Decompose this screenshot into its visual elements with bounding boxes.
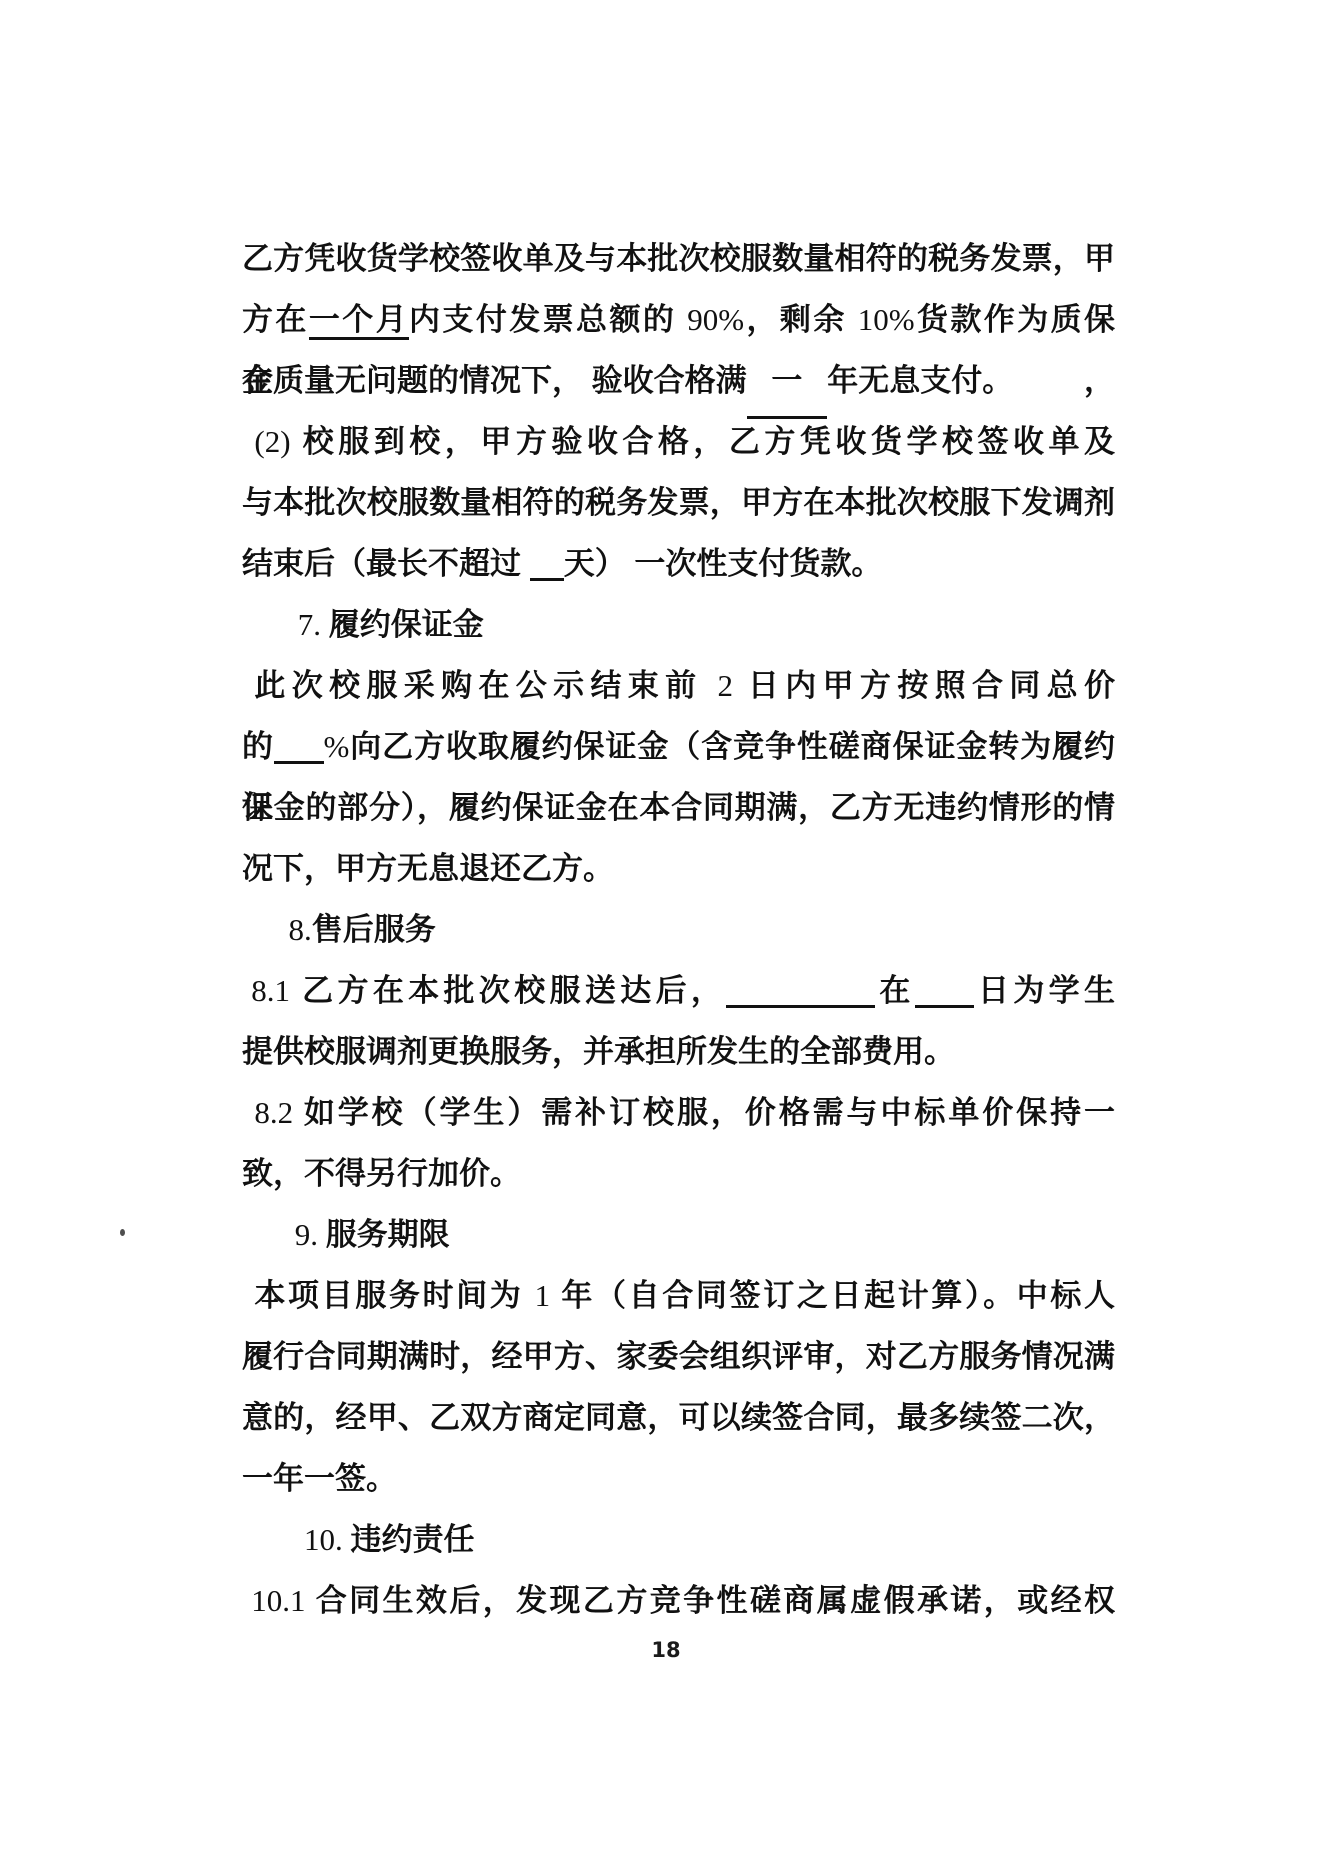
text-segment: 年（自合同签订之日起计算）。中标人 <box>550 1278 1115 1313</box>
text-segment: 合同生效后，发现乙方竞争性磋商属虚假承诺，或经权 <box>316 1583 1115 1618</box>
text-segment: 日内甲方按照合同总价 <box>733 668 1115 703</box>
text-segment: 内支付发票总额的 <box>409 302 687 337</box>
text-segment: 在 <box>875 973 915 1008</box>
text-segment: 履行合同期满时，经甲方、家委会组织评审，对乙方服务情况满 <box>242 1339 1115 1374</box>
text-segment: 履约保证金 <box>329 607 484 642</box>
text-line: 致，不得另行加价。 <box>242 1143 1115 1204</box>
text-segment: 售后服务 <box>312 912 436 947</box>
number-text: 10% <box>858 302 915 337</box>
text-segment: 如学校（学生）需补订校服，价格需与中标单价保持一 <box>304 1095 1115 1130</box>
text-segment: 违约责任 <box>351 1522 475 1557</box>
blank-underline <box>274 744 324 764</box>
text-line: 方在一个月内支付发票总额的 90%，剩余 10%货款作为质保金， <box>242 289 1115 350</box>
page-number: 18 <box>596 1638 736 1662</box>
text-line: 10. 违约责任 <box>242 1509 1115 1570</box>
text-line: 10.1 合同生效后，发现乙方竞争性磋商属虚假承诺，或经权 <box>242 1570 1115 1631</box>
text-line: 履行合同期满时，经甲方、家委会组织评审，对乙方服务情况满 <box>242 1326 1115 1387</box>
number-text: 7. <box>298 607 329 642</box>
number-text: 8. <box>289 912 312 947</box>
text-line: 在质量无问题的情况下， 验收合格满一年无息支付。 <box>242 350 1115 411</box>
text-segment: 在质量无问题的情况下， 验收合格满 <box>242 363 747 398</box>
text-line: 意的，经甲、乙双方商定同意，可以续签合同，最多续签二次， <box>242 1387 1115 1448</box>
number-text: 2 <box>717 668 733 703</box>
text-line: 的%向乙方收取履约保证金（含竞争性磋商保证金转为履约保 <box>242 716 1115 777</box>
text-segment: 致，不得另行加价。 <box>242 1156 521 1191</box>
text-line: 8.2 如学校（学生）需补订校服，价格需与中标单价保持一 <box>242 1082 1115 1143</box>
text-segment: 本项目服务时间为 <box>254 1278 534 1313</box>
number-text: 90% <box>687 302 744 337</box>
text-segment: 一年一签。 <box>242 1461 397 1496</box>
scanned-contract-page: 乙方凭收货学校签收单及与本批次校服数量相符的税务发票，甲方在一个月内支付发票总额… <box>0 0 1322 1871</box>
number-text: 9. <box>295 1217 326 1252</box>
filled-blank: 一 <box>747 350 828 419</box>
text-segment: 意的，经甲、乙双方商定同意，可以续签合同，最多续签二次， <box>242 1400 1115 1435</box>
blank-underline <box>915 988 974 1008</box>
text-segment: 结束后（最长不超过 <box>242 546 530 581</box>
text-line: 结束后（最长不超过 天） 一次性支付货款。 <box>242 533 1115 594</box>
text-segment: 天） 一次性支付货款。 <box>564 546 883 581</box>
text-segment: 证金的部分），履约保证金在本合同期满，乙方无违约情形的情 <box>242 790 1115 825</box>
text-segment: ，剩余 <box>744 302 858 337</box>
text-line: 8.1 乙方在本批次校服送达后，在日为学生 <box>242 960 1115 1021</box>
number-text: 8.2 <box>254 1095 303 1130</box>
scan-speck <box>120 1229 125 1236</box>
text-line: (2) 校服到校，甲方验收合格，乙方凭收货学校签收单及 <box>242 411 1115 472</box>
text-line: 此次校服采购在公示结束前 2 日内甲方按照合同总价 <box>242 655 1115 716</box>
number-text: 10. <box>304 1522 351 1557</box>
number-text: 10.1 <box>251 1583 315 1618</box>
text-line: 证金的部分），履约保证金在本合同期满，乙方无违约情形的情 <box>242 777 1115 838</box>
document-text: 乙方凭收货学校签收单及与本批次校服数量相符的税务发票，甲方在一个月内支付发票总额… <box>242 228 1115 1631</box>
text-segment: 校服到校，甲方验收合格，乙方凭收货学校签收单及 <box>303 424 1115 459</box>
blank-underline <box>726 988 875 1008</box>
number-text: 1 <box>535 1278 551 1313</box>
blank-underline <box>530 561 564 581</box>
text-line: 提供校服调剂更换服务，并承担所发生的全部费用。 <box>242 1021 1115 1082</box>
text-segment: 乙方凭收货学校签收单及与本批次校服数量相符的税务发票，甲 <box>242 241 1115 276</box>
number-text: (2) <box>254 424 302 459</box>
text-line: 8.售后服务 <box>242 899 1115 960</box>
text-line: 况下，甲方无息退还乙方。 <box>242 838 1115 899</box>
text-line: 与本批次校服数量相符的税务发票，甲方在本批次校服下发调剂 <box>242 472 1115 533</box>
text-segment: 与本批次校服数量相符的税务发票，甲方在本批次校服下发调剂 <box>242 485 1115 520</box>
text-segment: 此次校服采购在公示结束前 <box>254 668 717 703</box>
number-text: % <box>324 729 350 764</box>
text-segment: 日为学生 <box>974 973 1115 1008</box>
text-line: 一年一签。 <box>242 1448 1115 1509</box>
underlined-text: 一个月 <box>309 302 409 340</box>
text-segment: 乙方在本批次校服送达后， <box>302 973 726 1008</box>
text-line: 9. 服务期限 <box>242 1204 1115 1265</box>
text-segment: 年无息支付。 <box>827 363 1013 398</box>
text-line: 本项目服务时间为 1 年（自合同签订之日起计算）。中标人 <box>242 1265 1115 1326</box>
text-line: 7. 履约保证金 <box>242 594 1115 655</box>
text-segment: 的 <box>242 729 274 764</box>
text-segment: 提供校服调剂更换服务，并承担所发生的全部费用。 <box>242 1034 955 1069</box>
text-segment: 方在 <box>242 302 309 337</box>
number-text: 8.1 <box>251 973 302 1008</box>
text-segment: 服务期限 <box>326 1217 450 1252</box>
text-segment: 况下，甲方无息退还乙方。 <box>242 851 614 886</box>
text-line: 乙方凭收货学校签收单及与本批次校服数量相符的税务发票，甲 <box>242 228 1115 289</box>
